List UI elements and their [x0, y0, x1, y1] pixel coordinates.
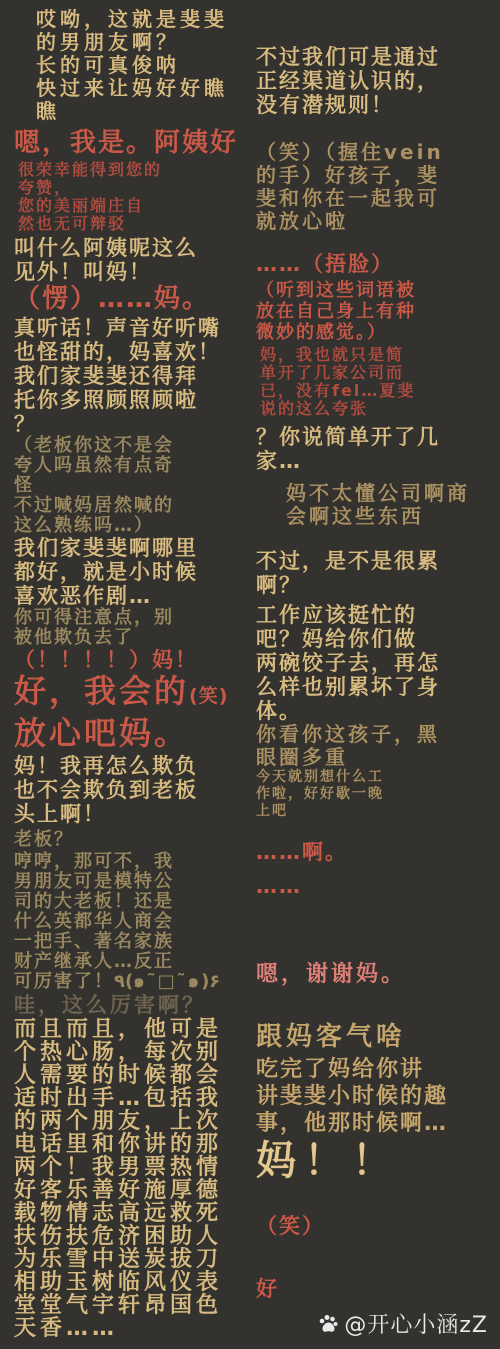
- dialogue-block: ……（捂脸）: [256, 252, 496, 277]
- dialogue-block: 吃完了妈给你讲 讲斐斐小时候的趣 事，他那时候啊…: [256, 1056, 496, 1137]
- dialogue-block: （笑）: [256, 1214, 496, 1239]
- dialogue-block: 妈！！: [256, 1137, 496, 1185]
- dialogue-block: 我们家斐斐啊哪里 都好，就是小时候 喜欢恶作剧…: [14, 536, 254, 608]
- watermark: @开心小涵zZ: [316, 1308, 488, 1339]
- dialogue-block: 工作应该挺忙的 吧？妈给你们做 两碗饺子去，再怎 么样也别累坏了身 体。: [256, 603, 496, 723]
- dialogue-block: 你看你这孩子，黑 眼圈多重: [256, 723, 496, 769]
- dialogue-block: 老板？: [14, 830, 254, 850]
- dialogue-block: 真听话！声音好听嘴 也怪甜的，妈喜欢！ 我们家斐斐还得拜 托你多照顾照顾啦 ？: [14, 316, 254, 436]
- dialogue-block: ？你说简单开了几 家…: [256, 425, 496, 473]
- dialogue-block: 不过我们可是通过 正经渠道认识的， 没有潜规则！: [256, 45, 496, 117]
- dialogue-segment: 放心吧妈。: [14, 714, 189, 752]
- dialogue-block: 妈！我再怎么欺负 也不会欺负到老板 头上啊！: [14, 754, 254, 826]
- dialogue-block: 叫什么阿姨呢这么 见外！叫妈！: [14, 236, 254, 284]
- dialogue-block: 妈，我也就只是简 单开了几家公司而 已，没有fel…夏斐 说的这么夸张: [256, 346, 496, 418]
- dialogue-block: 哼哼，那可不，我 男朋友可是模特公 司的大老板！还是 什么英都华人商会 一把手、…: [14, 852, 254, 992]
- dialogue-block: （愣）……妈。: [14, 284, 254, 314]
- dialogue-block: 嗯，我是。阿姨好: [14, 128, 254, 158]
- paw-icon: [316, 1312, 340, 1336]
- dialogue-block: 而且而且，他可是 个热心肠，每次别 人需要的时候都会 适时出手…包括我 的两个朋…: [14, 1018, 254, 1340]
- watermark-handle: @开心小涵zZ: [344, 1308, 488, 1339]
- dialogue-block: 好: [256, 1277, 496, 1302]
- right-column: 不过我们可是通过 正经渠道认识的， 没有潜规则！（笑）（握住vein 的手）好孩…: [256, 0, 496, 1302]
- dialogue-block: 好，我会的(笑) 放心吧妈。: [14, 673, 254, 752]
- dialogue-block: （老板你这不是会 夸人吗虽然有点奇 怪 不过喊妈居然喊的 这么熟练吗…）: [14, 436, 254, 536]
- dialogue-block: 跟妈客气啥: [256, 1022, 496, 1052]
- dialogue-block: （听到这些词语被 放在自己身上有种 微妙的感觉。）: [256, 280, 496, 343]
- dialogue-block: 哇，这么厉害啊？: [14, 992, 254, 1018]
- dialogue-block: （！！！！）妈！: [14, 648, 254, 673]
- dialogue-block: ……啊。: [256, 840, 496, 865]
- dialogue-segment: (笑): [189, 685, 228, 707]
- dialogue-block: 很荣幸能得到您的 夸赞， 您的美丽端庄自 然也无可辩驳: [14, 161, 254, 233]
- dialogue-block: 嗯，谢谢妈。: [256, 962, 496, 988]
- dialogue-block: 你可得注意点，别 被他欺负去了: [14, 608, 254, 648]
- dialogue-block: 今天就别想什么工 作啦，好好歇一晚 上吧: [256, 769, 496, 820]
- dialogue-block: 妈不太懂公司啊商 会啊这些东西: [256, 482, 496, 528]
- dialogue-block: （笑）（握住vein 的手）好孩子，斐 斐和你在一起我可 就放心啦: [256, 141, 496, 233]
- left-column: 哎呦，这就是斐斐 的男朋友啊？ 长的可真俊呐 快过来让妈好好瞧 瞧嗯，我是。阿姨…: [14, 0, 254, 1340]
- dialogue-block: 哎呦，这就是斐斐 的男朋友啊？ 长的可真俊呐 快过来让妈好好瞧 瞧: [14, 8, 254, 123]
- dialogue-block: 不过，是不是很累 啊？: [256, 549, 496, 597]
- dialogue-block: ……: [256, 874, 496, 899]
- dialogue-segment: 好，我会的: [14, 672, 189, 710]
